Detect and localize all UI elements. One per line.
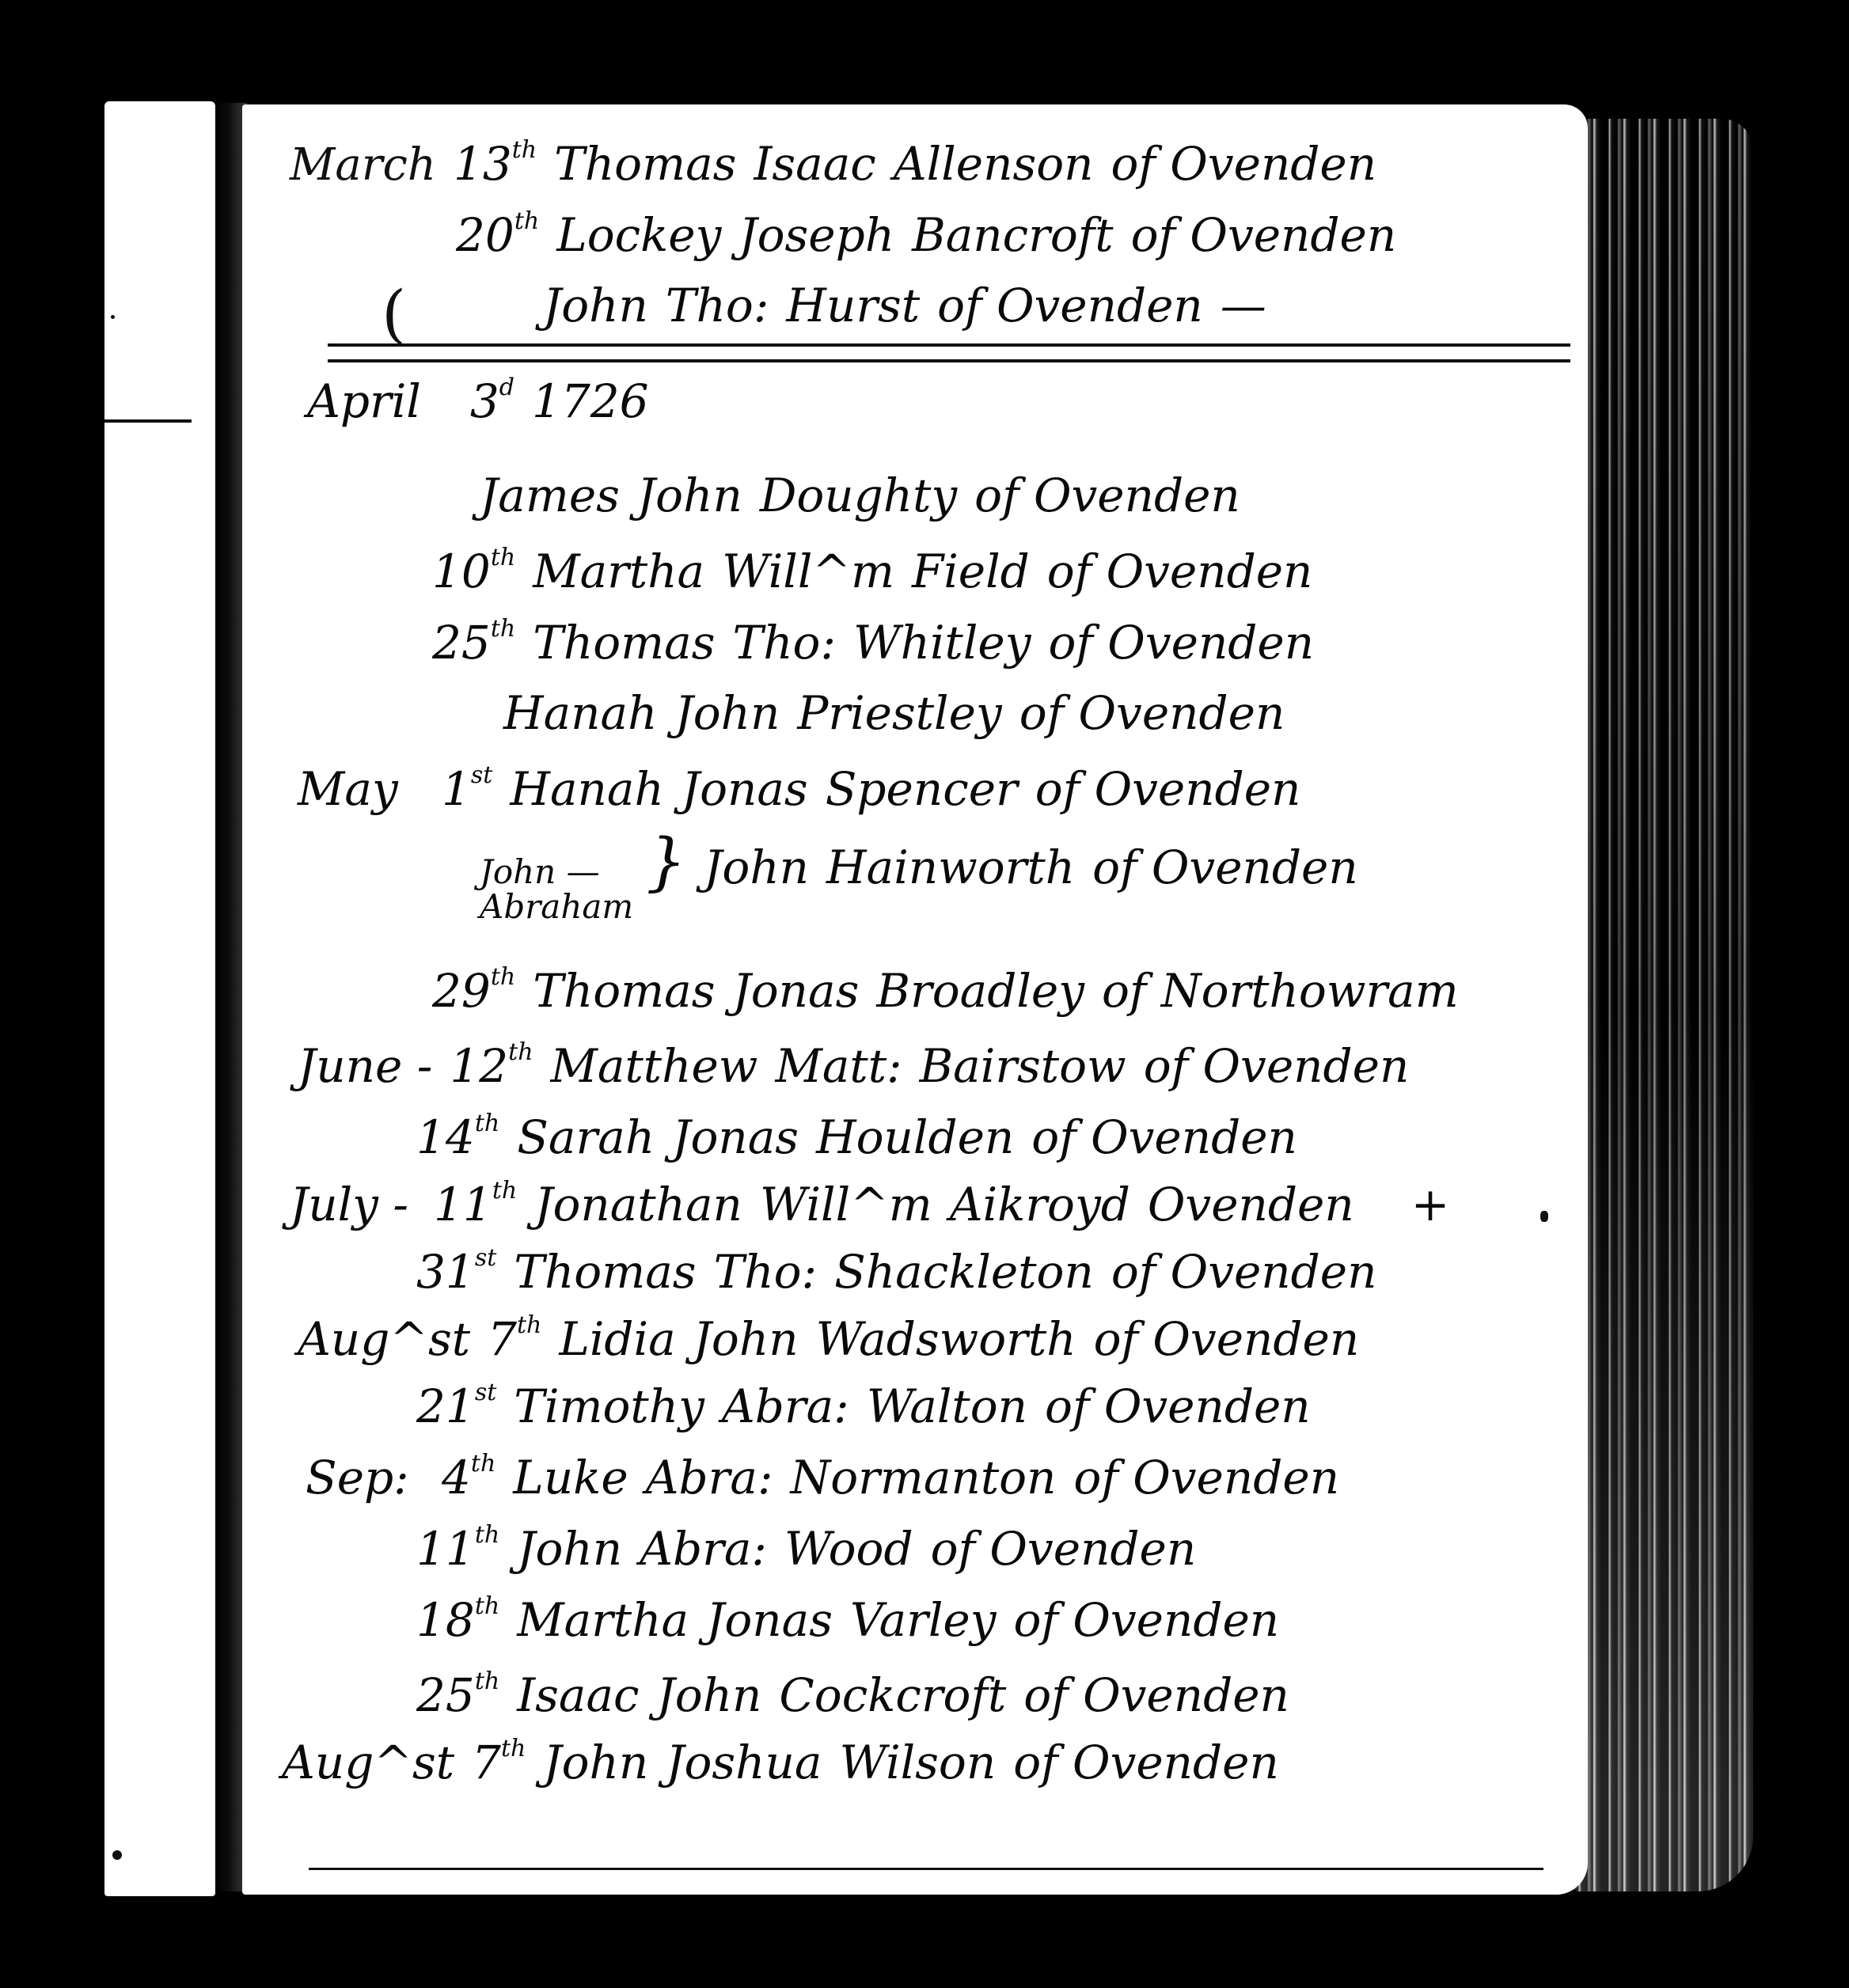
entry-day: 11th (416, 1521, 499, 1576)
entry-month: March (290, 139, 436, 191)
place: of Ovenden (1048, 616, 1314, 670)
child-name: Martha (533, 544, 704, 598)
book-fore-edge (1571, 119, 1753, 1891)
entry-row: 25th Isaac John Cockcroft of Ovenden (416, 1667, 1289, 1722)
entry-day: 18th (416, 1592, 499, 1647)
entry-row: 11th John Abra: Wood of Ovenden (416, 1521, 1196, 1576)
place: of Ovenden (1023, 1668, 1289, 1722)
entry-day: 13th (454, 136, 537, 191)
entry-row: 29th Thomas Jonas Broadley of Northowram (432, 963, 1459, 1018)
surname: Hainworth (826, 840, 1075, 894)
father-name: Abra: (722, 1379, 849, 1433)
place: of Ovenden (1111, 137, 1376, 191)
entry-row: June - 12th Matthew Matt: Bairstow of Ov… (298, 1038, 1409, 1093)
entry-month: June - (298, 1039, 432, 1093)
entry-row: May 1st Hanah Jonas Spencer of Ovenden (298, 761, 1300, 816)
entry-row: 20th Lockey Joseph Bancroft of Ovenden (456, 207, 1396, 262)
surname: Allenson (894, 137, 1094, 191)
child-name: Lockey (556, 208, 721, 262)
entry-row: Aug^st 7th Lidia John Wadsworth of Ovend… (298, 1311, 1359, 1366)
father-name: John (637, 469, 742, 522)
surname: Bairstow (920, 1039, 1126, 1093)
father-name: Tho: (666, 279, 769, 332)
entry-row: July - 11th Jonathan Will^m Aikroyd Oven… (290, 1177, 1449, 1231)
surname: Houlden (816, 1110, 1014, 1164)
entry-day: 1st (442, 761, 492, 816)
child-name: Sarah (517, 1110, 655, 1164)
father-name: Joshua (666, 1736, 822, 1789)
twin-names: John — Abraham (480, 855, 633, 924)
entry-day: 20th (456, 207, 539, 262)
entry-row: 31st Thomas Tho: Shackleton of Ovenden (416, 1244, 1376, 1299)
heading-year: 1726 (532, 374, 649, 428)
surname: Hurst (786, 279, 920, 332)
place: of Ovenden (1035, 762, 1301, 816)
twin-name-2: Abraham (480, 890, 633, 924)
entry-row: Sep: 4th Luke Abra: Normanton of Ovenden (306, 1450, 1339, 1504)
section-rule-bottom (328, 359, 1570, 362)
entry-row: John Tho: Hurst of Ovenden — (543, 279, 1266, 332)
entry-row: 14th Sarah Jonas Houlden of Ovenden (416, 1110, 1297, 1164)
heading-day: 3d (470, 374, 514, 428)
father-name: Matt: (775, 1039, 902, 1093)
surname: Whitley (853, 616, 1031, 670)
place: of Ovenden (1092, 840, 1358, 894)
place: of Ovenden (1014, 1593, 1280, 1647)
facing-page-edge (104, 101, 215, 1896)
place: of Ovenden (1013, 1736, 1279, 1789)
entry-month: May (298, 762, 424, 816)
section-heading: April 3d 1726 (307, 374, 649, 428)
entry-day: 12th (450, 1038, 533, 1093)
surname: Wadsworth (816, 1312, 1076, 1366)
entry-row: 18th Martha Jonas Varley of Ovenden (416, 1592, 1279, 1647)
place: of Ovenden (1045, 1379, 1311, 1433)
place: of Ovenden (1047, 544, 1313, 598)
father-name: John (657, 1668, 762, 1722)
ruled-line-fragment (104, 419, 192, 423)
brace-mark: } (646, 825, 686, 898)
ink-speck (1540, 1211, 1548, 1222)
surname: Walton (867, 1379, 1027, 1433)
child-name: Isaac (517, 1668, 639, 1722)
child-name: Luke (513, 1451, 628, 1504)
place: of Ovenden (974, 469, 1240, 522)
surname: Cockcroft (779, 1668, 1006, 1722)
father-name: Joseph (738, 208, 894, 262)
entry-row: 21st Timothy Abra: Walton of Ovenden (416, 1379, 1311, 1433)
entry-day: 14th (416, 1110, 499, 1164)
surname: Bancroft (912, 208, 1113, 262)
father-name: Isaac (754, 137, 875, 191)
father-name: Jonas (733, 964, 860, 1018)
trailing-dash: — (1221, 279, 1266, 332)
surname: Wood (784, 1522, 913, 1576)
child-name: Timothy (514, 1379, 704, 1433)
child-name: John (543, 1736, 648, 1789)
twin-name-1: John — (480, 855, 633, 890)
father-name: Will^m (722, 544, 894, 598)
surname: Priestley (797, 686, 1001, 740)
child-name: John (543, 279, 648, 332)
entry-month: July - (290, 1178, 416, 1231)
section-rule-top (328, 343, 1570, 347)
surname: Field (912, 544, 1030, 598)
child-name: Thomas (533, 964, 715, 1018)
place: of Ovenden (1094, 1312, 1360, 1366)
father-name: Abra: (646, 1451, 773, 1504)
register-page: ( March 13th Thomas Isaac Allenson of Ov… (242, 104, 1588, 1895)
place: of Ovenden (931, 1522, 1197, 1576)
child-name: Thomas (554, 137, 736, 191)
cross-mark: + (1411, 1178, 1450, 1231)
surname: Wilson (839, 1736, 996, 1789)
entry-month: Sep: (306, 1451, 424, 1504)
child-name: James (480, 469, 620, 522)
place: of Ovenden (1031, 1110, 1297, 1164)
entry-row: James John Doughty of Ovenden (480, 469, 1240, 522)
entry-day: 25th (416, 1667, 499, 1722)
surname: Varley (850, 1593, 997, 1647)
page-bottom-rule (309, 1868, 1543, 1870)
entry-row: 25th Thomas Tho: Whitley of Ovenden (432, 615, 1314, 670)
father-name: John (704, 840, 809, 894)
father-name: Abra: (640, 1522, 767, 1576)
entry-row: Hanah John Priestley of Ovenden (503, 686, 1285, 740)
ink-speck (111, 315, 115, 319)
father-name: Jonas (706, 1593, 833, 1647)
entry-month: Aug^st (298, 1312, 470, 1366)
child-name: Lidia (559, 1312, 675, 1366)
place: Ovenden (1148, 1178, 1354, 1231)
entry-day: 25th (432, 615, 515, 670)
entry-row: March 13th Thomas Isaac Allenson of Oven… (290, 136, 1376, 191)
child-name: Hanah (503, 686, 657, 740)
surname: Doughty (760, 469, 957, 522)
entry-row: Aug^st 7th John Joshua Wilson of Ovenden (282, 1735, 1279, 1789)
surname: Normanton (791, 1451, 1057, 1504)
entry-row-twins: John — Abraham } John Hainworth of Ovend… (480, 825, 1358, 924)
entry-day: 31st (416, 1244, 496, 1299)
entry-day: 21st (416, 1379, 496, 1433)
entry-day: 7th (472, 1735, 526, 1789)
father-name: John (674, 686, 780, 740)
child-name: Jonathan (534, 1178, 742, 1231)
father-name: Tho: (714, 1245, 818, 1299)
surname: Aikroyd (950, 1178, 1130, 1231)
father-name: Will^m (760, 1178, 932, 1231)
entry-month: Aug^st (282, 1736, 454, 1789)
place: of Ovenden (937, 279, 1203, 332)
child-name: Martha (517, 1593, 689, 1647)
child-name: Thomas (533, 616, 715, 670)
margin-bracket-mark: ( (382, 277, 406, 351)
place: of Ovenden (1073, 1451, 1339, 1504)
entry-day: 7th (488, 1311, 541, 1366)
heading-month: April (307, 374, 421, 428)
entry-day: 10th (432, 544, 515, 598)
child-name: John (517, 1522, 622, 1576)
entry-day: 4th (442, 1450, 495, 1504)
entry-day: 29th (432, 963, 515, 1018)
entry-day: 11th (434, 1177, 517, 1231)
father-name: Jonas (682, 762, 808, 816)
place: of Ovenden (1131, 208, 1397, 262)
child-name: Thomas (514, 1245, 696, 1299)
place: of Northowram (1102, 964, 1459, 1018)
entry-row: 10th Martha Will^m Field of Ovenden (432, 544, 1312, 598)
surname: Broadley (876, 964, 1084, 1018)
ink-speck (112, 1850, 122, 1860)
place: of Ovenden (1144, 1039, 1410, 1093)
father-name: Jonas (672, 1110, 799, 1164)
surname: Shackleton (834, 1245, 1094, 1299)
child-name: Hanah (510, 762, 663, 816)
father-name: Tho: (733, 616, 837, 670)
child-name: Matthew (551, 1039, 758, 1093)
father-name: John (693, 1312, 799, 1366)
place: of Ovenden (1111, 1245, 1377, 1299)
surname: Spencer (826, 762, 1018, 816)
place: of Ovenden (1019, 686, 1285, 740)
